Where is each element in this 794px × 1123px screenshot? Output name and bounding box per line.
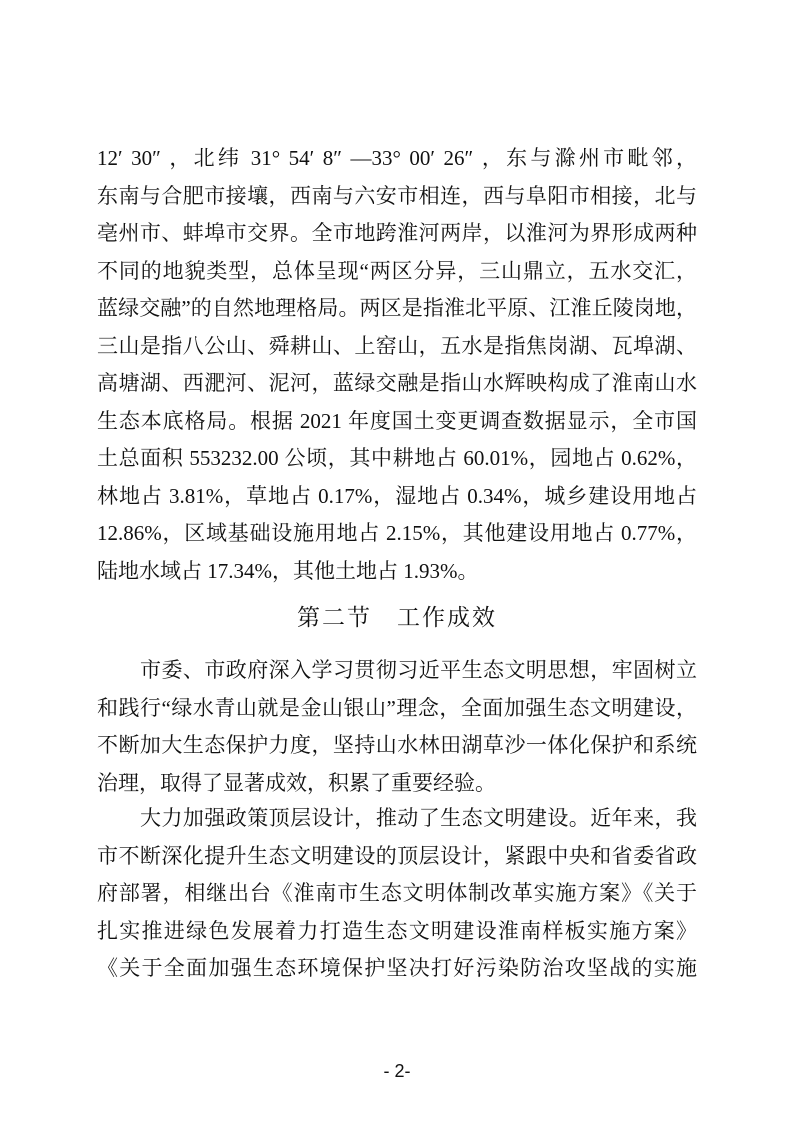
body-paragraph-2: 市委、市政府深入学习贯彻习近平生态文明思想，牢固树立 和践行“绿水青山就是金山银… — [97, 652, 697, 802]
text-line: 治理，取得了显著成效，积累了重要经验。 — [97, 765, 697, 803]
text-line: 蓝绿交融”的自然地理格局。两区是指淮北平原、江淮丘陵岗地， — [97, 290, 697, 328]
body-paragraph-1: 12′ 30″ ，北纬 31° 54′ 8″ —33° 00′ 26″ ，东与滁… — [97, 140, 697, 590]
text-line: 三山是指八公山、舜耕山、上窑山，五水是指焦岗湖、瓦埠湖、 — [97, 328, 697, 366]
text-line: 和践行“绿水青山就是金山银山”理念，全面加强生态文明建设， — [97, 690, 697, 728]
text-line: 生态本底格局。根据 2021 年度国土变更调查数据显示，全市国 — [97, 403, 697, 441]
text-line: 府部署，相继出台《淮南市生态文明体制改革实施方案》《关于 — [97, 875, 697, 913]
body-paragraph-3: 大力加强政策顶层设计，推动了生态文明建设。近年来，我 市不断深化提升生态文明建设… — [97, 800, 697, 988]
text-line: 不同的地貌类型，总体呈现“两区分异，三山鼎立，五水交汇， — [97, 253, 697, 291]
text-line: 东南与合肥市接壤，西南与六安市相连，西与阜阳市相接，北与 — [97, 178, 697, 216]
text-line: 市不断深化提升生态文明建设的顶层设计，紧跟中央和省委省政 — [97, 838, 697, 876]
text-line: 市委、市政府深入学习贯彻习近平生态文明思想，牢固树立 — [97, 652, 697, 690]
text-line: 高塘湖、西淝河、泥河，蓝绿交融是指山水辉映构成了淮南山水 — [97, 365, 697, 403]
text-line: 扎实推进绿色发展着力打造生态文明建设淮南样板实施方案》 — [97, 913, 697, 951]
page-number: - 2- — [0, 1056, 794, 1086]
text-line: 12.86%，区域基础设施用地占 2.15%，其他建设用地占 0.77%， — [97, 515, 697, 553]
document-page: 12′ 30″ ，北纬 31° 54′ 8″ —33° 00′ 26″ ，东与滁… — [0, 0, 794, 1123]
text-line: 不断加大生态保护力度，坚持山水林田湖草沙一体化保护和系统 — [97, 727, 697, 765]
text-line: 土总面积 553232.00 公顷，其中耕地占 60.01%，园地占 0.62%… — [97, 440, 697, 478]
text-line: 大力加强政策顶层设计，推动了生态文明建设。近年来，我 — [97, 800, 697, 838]
text-line: 亳州市、蚌埠市交界。全市地跨淮河两岸，以淮河为界形成两种 — [97, 215, 697, 253]
text-line: 《关于全面加强生态环境保护坚决打好污染防治攻坚战的实施 — [97, 950, 697, 988]
text-line: 陆地水域占 17.34%，其他土地占 1.93%。 — [97, 553, 697, 591]
text-line: 12′ 30″ ，北纬 31° 54′ 8″ —33° 00′ 26″ ，东与滁… — [97, 140, 697, 178]
text-line: 林地占 3.81%，草地占 0.17%，湿地占 0.34%，城乡建设用地占 — [97, 478, 697, 516]
section-heading: 第二节 工作成效 — [97, 597, 697, 639]
